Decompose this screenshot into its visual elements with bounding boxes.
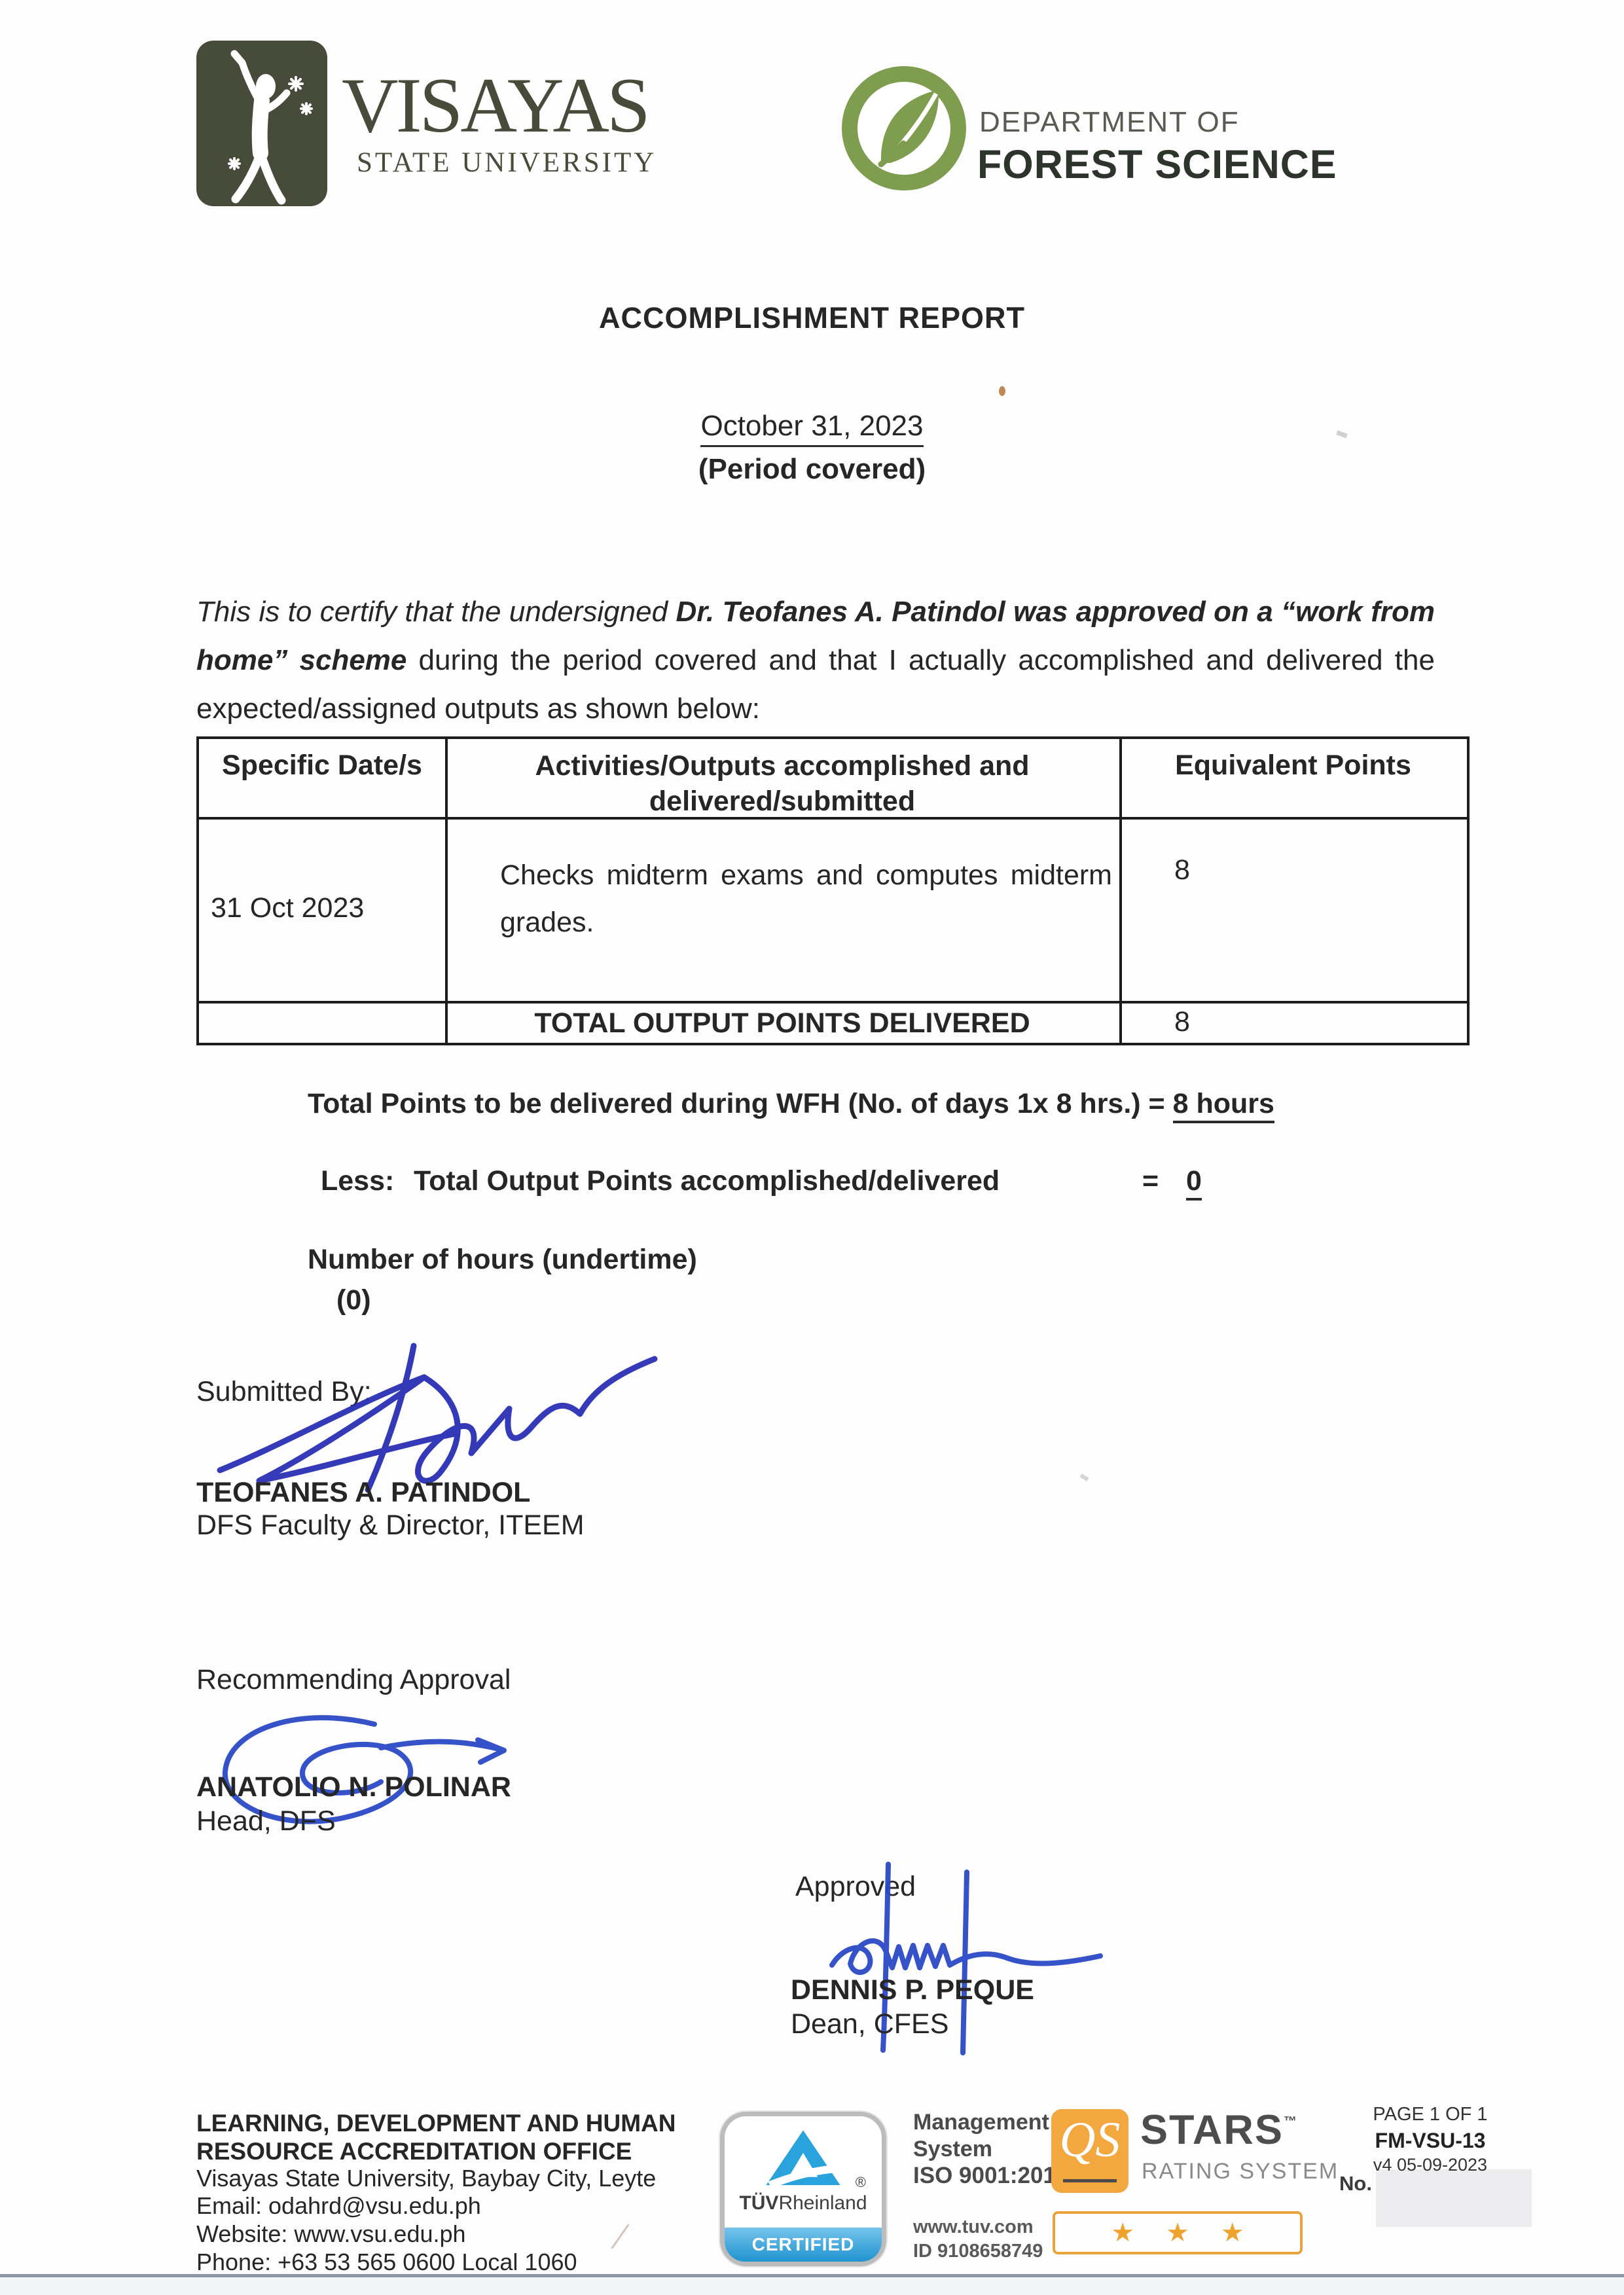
dfs-leaf-icon — [840, 65, 967, 195]
registered-mark: ® — [856, 2174, 866, 2191]
qs-tm-mark: ™ — [1284, 2114, 1297, 2129]
vsu-subtitle: STATE UNIVERSITY — [357, 147, 657, 179]
tuv-certified-text: CERTIFIED — [752, 2234, 855, 2255]
tuv-triangle-icon — [754, 2125, 852, 2188]
qs-logo-underline — [1063, 2179, 1117, 2182]
submitted-name: TEOFANES A. PATINDOL — [196, 1477, 530, 1509]
office-address: Visayas State University, Baybay City, L… — [196, 2164, 656, 2192]
tuv-cert-id: ID 9108658749 — [913, 2239, 1043, 2264]
dfs-dept-line: DEPARTMENT OF — [979, 106, 1240, 139]
outputs-table: Specific Date/s Activities/Outputs accom… — [196, 736, 1470, 1045]
tuv-ms-line2: System — [913, 2136, 1049, 2163]
table-column-line — [1119, 739, 1122, 1043]
intro-lead: This is to certify that the undersigned — [196, 596, 676, 628]
less-label: Less: — [321, 1165, 394, 1197]
qs-star-icon: ★ — [1221, 2220, 1244, 2246]
recommending-name: ANATOLIO N. POLINAR — [196, 1771, 511, 1803]
wfh-total-value: 8 hours — [1173, 1088, 1274, 1123]
approved-name: DENNIS P. PEQUE — [791, 1974, 1034, 2006]
page-number: PAGE 1 OF 1 — [1335, 2104, 1525, 2125]
accomplishment-report-page: VISAYAS STATE UNIVERSITY DEPARTMENT OF F… — [0, 0, 1624, 2295]
tuv-certified-badge: ® TÜVRheinland CERTIFIED — [720, 2112, 886, 2266]
tuv-url-block: www.tuv.com ID 9108658749 — [913, 2215, 1043, 2264]
qs-stars-text: STARS — [1140, 2107, 1284, 2153]
period-date: October 31, 2023 — [0, 410, 1624, 443]
approved-title: Dean, CFES — [791, 2008, 948, 2040]
form-code: FM-VSU-13 — [1335, 2129, 1525, 2153]
tuv-certified-band: CERTIFIED — [725, 2228, 882, 2262]
table-total-label: TOTAL OUTPUT POINTS DELIVERED — [445, 1007, 1119, 1039]
period-date-text: October 31, 2023 — [700, 410, 923, 447]
certification-paragraph: This is to certify that the undersigned … — [196, 588, 1435, 733]
undertime-value: (0) — [336, 1284, 371, 1316]
table-total-points: 8 — [1174, 1006, 1190, 1038]
tuv-brand: TÜVRheinland — [725, 2192, 882, 2214]
recommending-label: Recommending Approval — [196, 1664, 511, 1696]
office-name-line1: LEARNING, DEVELOPMENT AND HUMAN — [196, 2109, 676, 2137]
tuv-management-system: Management System — [913, 2109, 1049, 2163]
scan-artifact — [1079, 1473, 1089, 1481]
recommending-title: Head, DFS — [196, 1805, 336, 1837]
vsu-logo — [196, 41, 327, 206]
office-phone: Phone: +63 53 565 0600 Local 1060 — [196, 2248, 577, 2276]
qs-star-rating-bar: ★ ★ ★ — [1053, 2211, 1303, 2254]
less-value-text: 0 — [1186, 1165, 1202, 1201]
qs-star-icon: ★ — [1111, 2220, 1134, 2246]
qs-logo: QS — [1051, 2109, 1128, 2193]
wfh-total-line: Total Points to be delivered during WFH … — [308, 1088, 1274, 1120]
table-row-activity: Checks midterm exams and computes midter… — [500, 852, 1112, 946]
no-value-box — [1376, 2169, 1532, 2227]
wfh-total-text: Total Points to be delivered during WFH … — [308, 1088, 1173, 1119]
vsu-mascot-icon — [196, 41, 327, 206]
less-equals: = — [1142, 1165, 1159, 1197]
table-row-points: 8 — [1174, 854, 1190, 886]
tuv-brand-bold: TÜV — [739, 2192, 778, 2214]
qs-rating-system: RATING SYSTEM — [1142, 2159, 1339, 2184]
vsu-wordmark: VISAYAS — [342, 60, 648, 151]
office-name-line2: RESOURCE ACCREDITATION OFFICE — [196, 2137, 632, 2165]
form-version: v4 05-09-2023 — [1335, 2155, 1525, 2175]
table-total-separator — [199, 1001, 1467, 1003]
table-header-points: Equivalent Points — [1119, 750, 1467, 782]
office-email: Email: odahrd@vsu.edu.ph — [196, 2192, 481, 2220]
less-text: Total Output Points accomplished/deliver… — [414, 1165, 1000, 1197]
tuv-ms-line1: Management — [913, 2109, 1049, 2136]
office-website: Website: www.vsu.edu.ph — [196, 2220, 466, 2248]
scan-artifact — [611, 2224, 629, 2249]
undertime-label: Number of hours (undertime) — [308, 1244, 697, 1276]
table-header-activities: Activities/Outputs accomplished and deli… — [445, 748, 1119, 819]
table-row-date: 31 Oct 2023 — [211, 892, 433, 924]
qs-stars-wordmark: STARS™ — [1140, 2106, 1297, 2154]
qs-star-icon: ★ — [1166, 2220, 1189, 2246]
no-label: No. — [1339, 2172, 1372, 2196]
scan-bottom-margin — [0, 2277, 1624, 2295]
tuv-iso: ISO 9001:2015 — [913, 2163, 1068, 2189]
tuv-url: www.tuv.com — [913, 2215, 1043, 2239]
period-caption: (Period covered) — [0, 453, 1624, 486]
tuv-brand-rest: Rheinland — [778, 2192, 867, 2214]
dfs-name-line: FOREST SCIENCE — [977, 141, 1337, 187]
qs-logo-text: QS — [1051, 2112, 1128, 2169]
less-value: 0 — [1186, 1165, 1202, 1197]
scan-artifact — [999, 386, 1005, 396]
report-title: ACCOMPLISHMENT REPORT — [0, 301, 1624, 335]
submitted-title: DFS Faculty & Director, ITEEM — [196, 1509, 585, 1542]
table-header-date: Specific Date/s — [199, 750, 445, 782]
